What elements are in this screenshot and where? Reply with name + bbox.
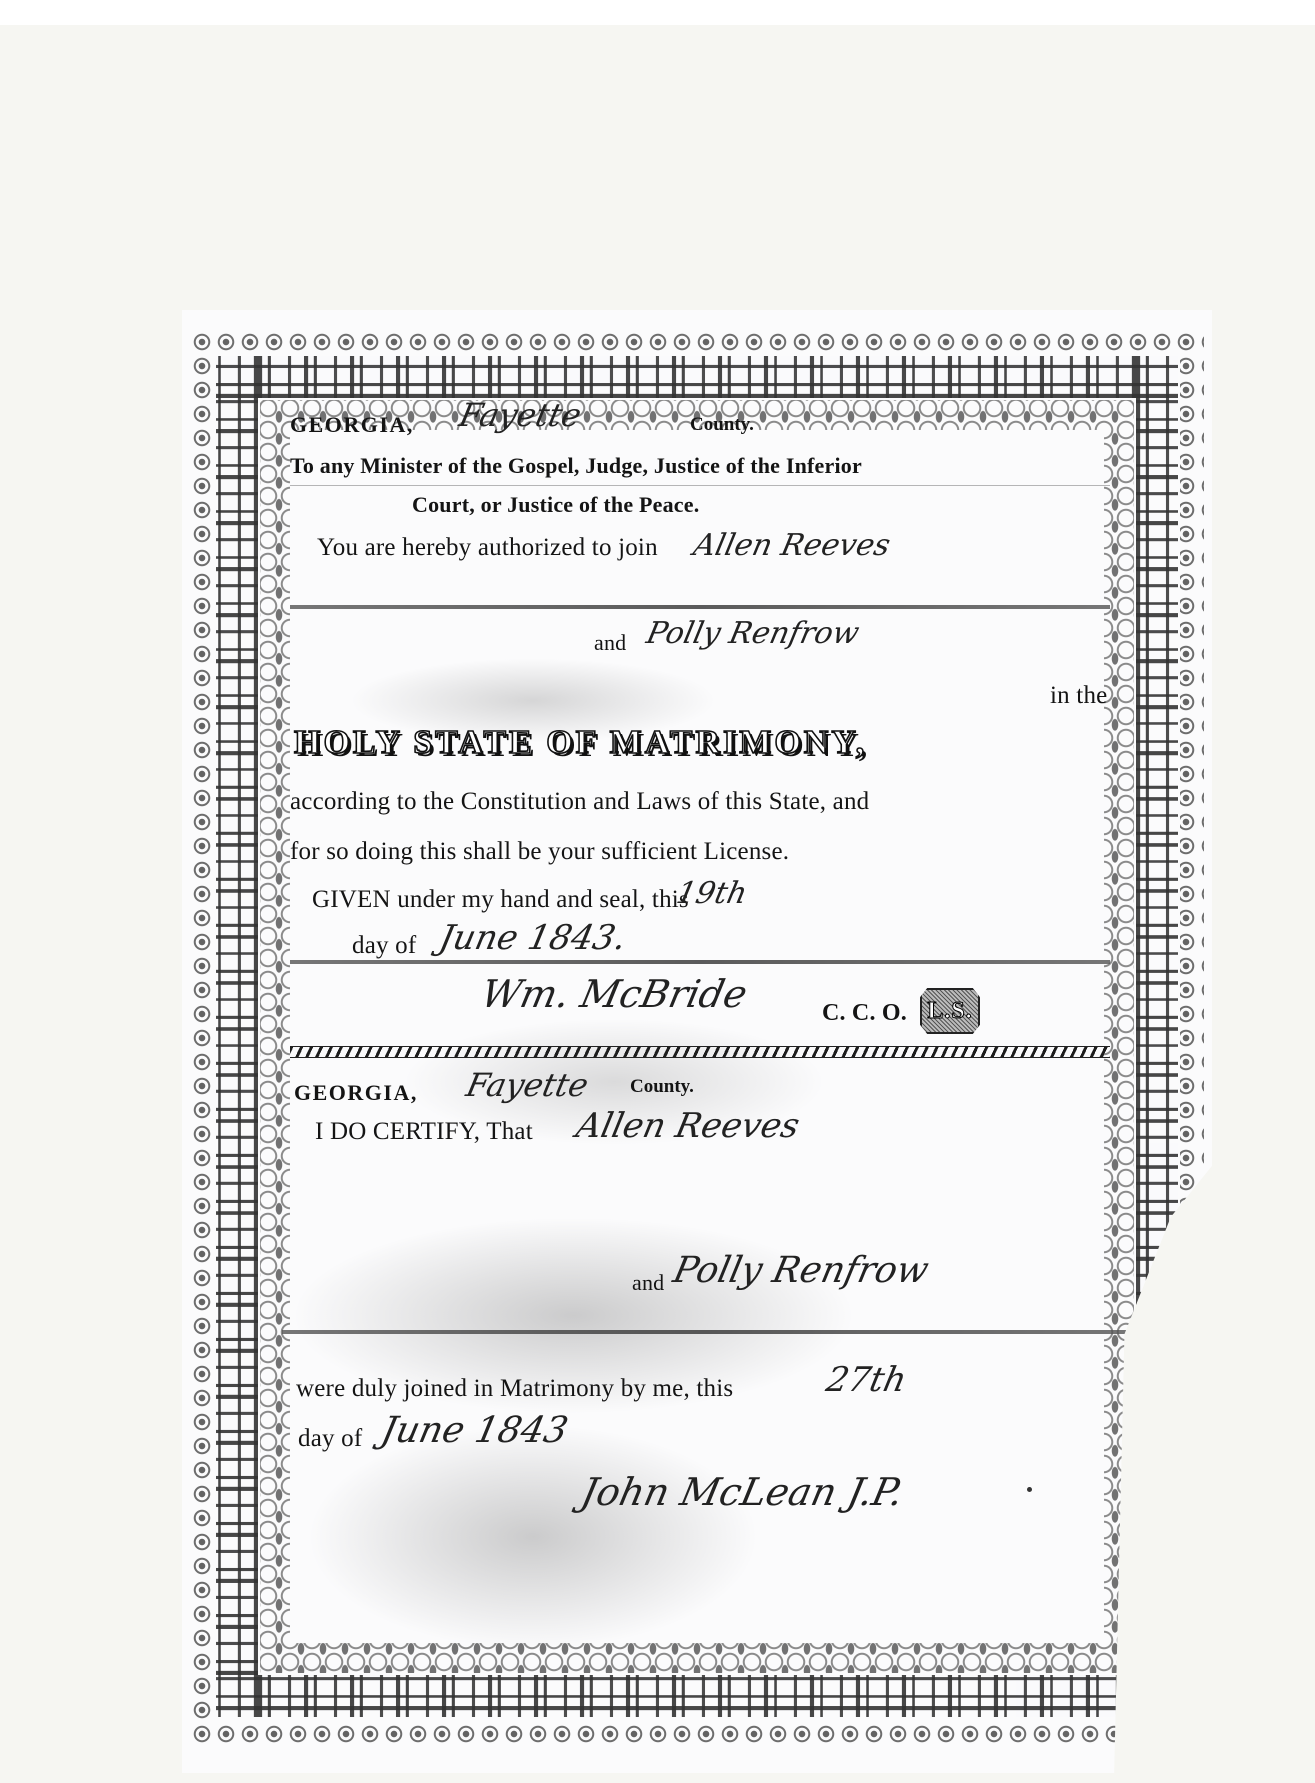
license-day-handwritten: 19th	[673, 876, 750, 911]
officiant-signature: John McLean J.P.	[577, 1470, 907, 1514]
stray-mark	[1027, 1487, 1032, 1492]
license-body-line2: for so doing this shall be your sufficie…	[290, 838, 789, 866]
license-and-label: and	[594, 630, 626, 656]
license-bride-name: Polly Renfrow	[643, 616, 862, 651]
certificate-day-of-label: day of	[298, 1425, 362, 1453]
license-address-line1: To any Minister of the Gospel, Judge, Ju…	[290, 453, 862, 479]
certificate-groom-name: Allen Reeves	[573, 1106, 803, 1146]
certificate-county-label: County.	[630, 1076, 694, 1098]
license-in-the-label: in the	[1050, 682, 1107, 710]
license-day-of-label: day of	[352, 932, 416, 960]
office-label: C. C. O.	[822, 1000, 907, 1027]
license-authorize-text: You are hereby authorized to join	[317, 534, 658, 562]
certificate-month-year-handwritten: June 1843	[378, 1410, 572, 1451]
certificate-state-label: GEORGIA,	[294, 1080, 418, 1106]
license-county-label: County.	[690, 414, 754, 436]
certificate-certify-text: I DO CERTIFY, That	[315, 1118, 533, 1146]
date-rule	[290, 960, 1110, 964]
section-separator	[290, 1046, 1110, 1058]
certificate-joined-text: were duly joined in Matrimony by me, thi…	[296, 1375, 733, 1403]
license-given-text: GIVEN under my hand and seal, this	[312, 886, 689, 914]
license-county-handwritten: Fayette	[456, 396, 585, 434]
address-rule	[290, 485, 1110, 486]
license-groom-name: Allen Reeves	[690, 528, 893, 563]
license-month-year-handwritten: June 1843.	[436, 918, 630, 958]
seal-text: L.S.	[927, 998, 972, 1025]
holy-state-heading: HOLY STATE OF MATRIMONY,	[294, 724, 867, 762]
document-sheet: GEORGIA, Fayette County. To any Minister…	[182, 310, 1212, 1773]
certificate-day-handwritten: 27th	[823, 1360, 910, 1400]
license-body-line1: according to the Constitution and Laws o…	[290, 788, 869, 816]
certificate-bride-name: Polly Renfrow	[670, 1250, 933, 1291]
license-address-line2: Court, or Justice of the Peace.	[412, 492, 699, 518]
certificate-and-label: and	[632, 1270, 664, 1296]
ls-seal: L.S.	[920, 988, 980, 1034]
license-state-label: GEORGIA,	[290, 412, 414, 438]
certificate-county-handwritten: Fayette	[463, 1066, 592, 1104]
groom-rule	[290, 605, 1110, 609]
clerk-signature: Wm. McBride	[477, 972, 751, 1016]
bride-rule	[282, 1330, 1132, 1334]
